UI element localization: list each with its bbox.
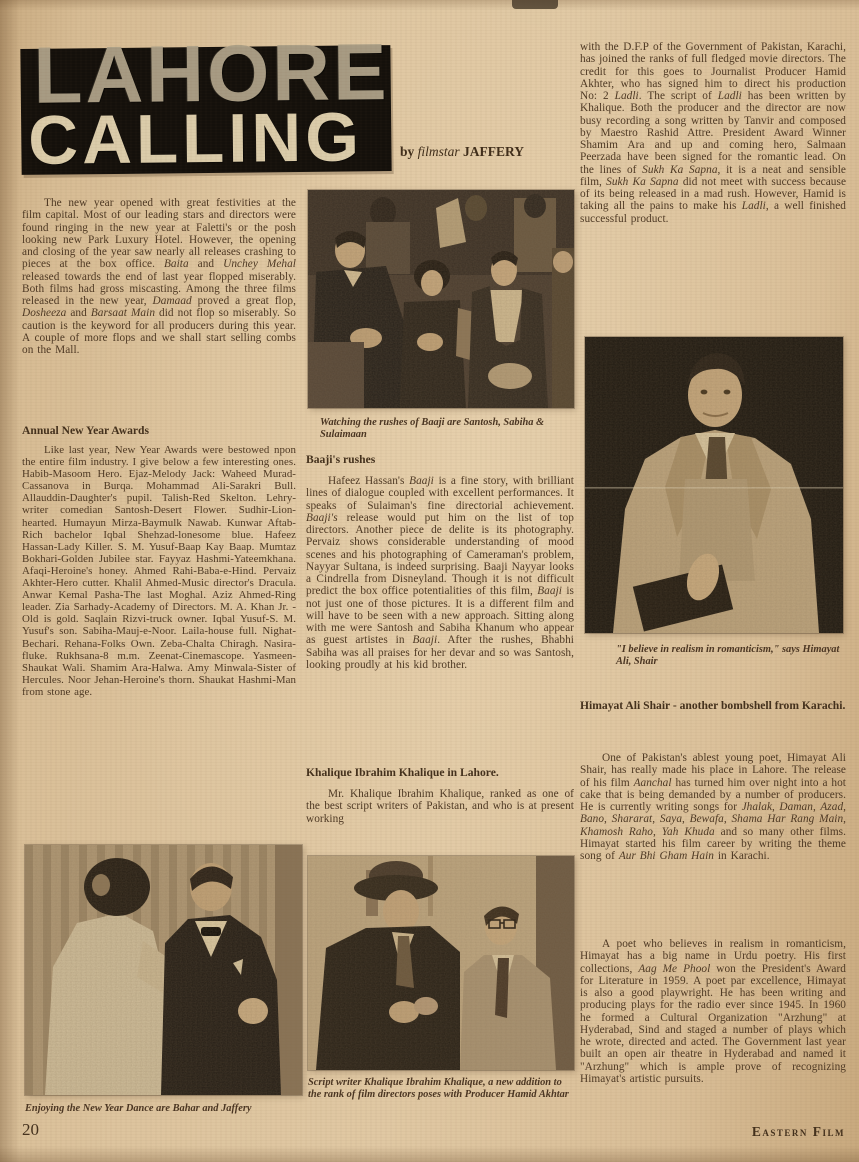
baaji-paragraph: Hafeez Hassan's Baaji is a fine story, w… [306, 475, 574, 671]
magazine-page: LAHORE CALLING by filmstar JAFFERY The n… [0, 0, 859, 1162]
page-number: 20 [22, 1120, 39, 1140]
himayat-photo-caption: "I believe in realism in romanticism," s… [616, 644, 846, 668]
photo-himayat-ali-art [585, 337, 843, 633]
photo-khalique-hamid-art [308, 856, 574, 1070]
photo-baaji-rushes-art [308, 190, 574, 408]
awards-heading: Annual New Year Awards [22, 424, 296, 437]
himayat-paragraph-1: One of Pakistan's ablest young poet, Him… [580, 752, 846, 862]
title-block: LAHORE CALLING [20, 45, 391, 175]
photo-baaji-rushes [308, 190, 574, 408]
ladli-continuation-paragraph: with the D.F.P of the Government of Paki… [580, 41, 846, 225]
awards-paragraph: Like last year, New Year Awards were bes… [22, 444, 296, 698]
page-title-line2: CALLING [28, 102, 363, 175]
photo-khalique-hamid [308, 856, 574, 1070]
photo-himayat-ali [585, 337, 843, 633]
photo-new-year-dance-art [25, 845, 302, 1095]
himayat-paragraph-2: A poet who believes in realism in romant… [580, 938, 846, 1085]
page-edge-shadow-left [0, 0, 20, 1162]
page-edge-shadow-bottom [0, 1146, 859, 1162]
khalique-paragraph: Mr. Khalique Ibrahim Khalique, ranked as… [306, 788, 574, 825]
himayat-heading: Himayat Ali Shair - another bombshell fr… [580, 699, 846, 712]
rushes-photo-caption: Watching the rushes of Baaji are Santosh… [320, 417, 572, 441]
page-edge-shadow-top [0, 0, 859, 10]
magazine-brand: Eastern Film [580, 1124, 845, 1140]
byline-author: JAFFERY [463, 144, 524, 159]
byline-by: by [400, 144, 414, 159]
photo-new-year-dance [25, 845, 302, 1095]
khalique-photo-caption: Script writer Khalique Ibrahim Khalique,… [308, 1077, 574, 1101]
byline: by filmstar JAFFERY [400, 144, 560, 160]
baaji-heading: Baaji's rushes [306, 453, 574, 466]
print-artifact [512, 0, 558, 9]
dance-photo-caption: Enjoying the New Year Dance are Bahar an… [25, 1103, 302, 1115]
khalique-heading: Khalique Ibrahim Khalique in Lahore. [306, 766, 574, 779]
byline-role: filmstar [418, 144, 460, 159]
intro-paragraph: The new year opened with great festiviti… [22, 197, 296, 356]
